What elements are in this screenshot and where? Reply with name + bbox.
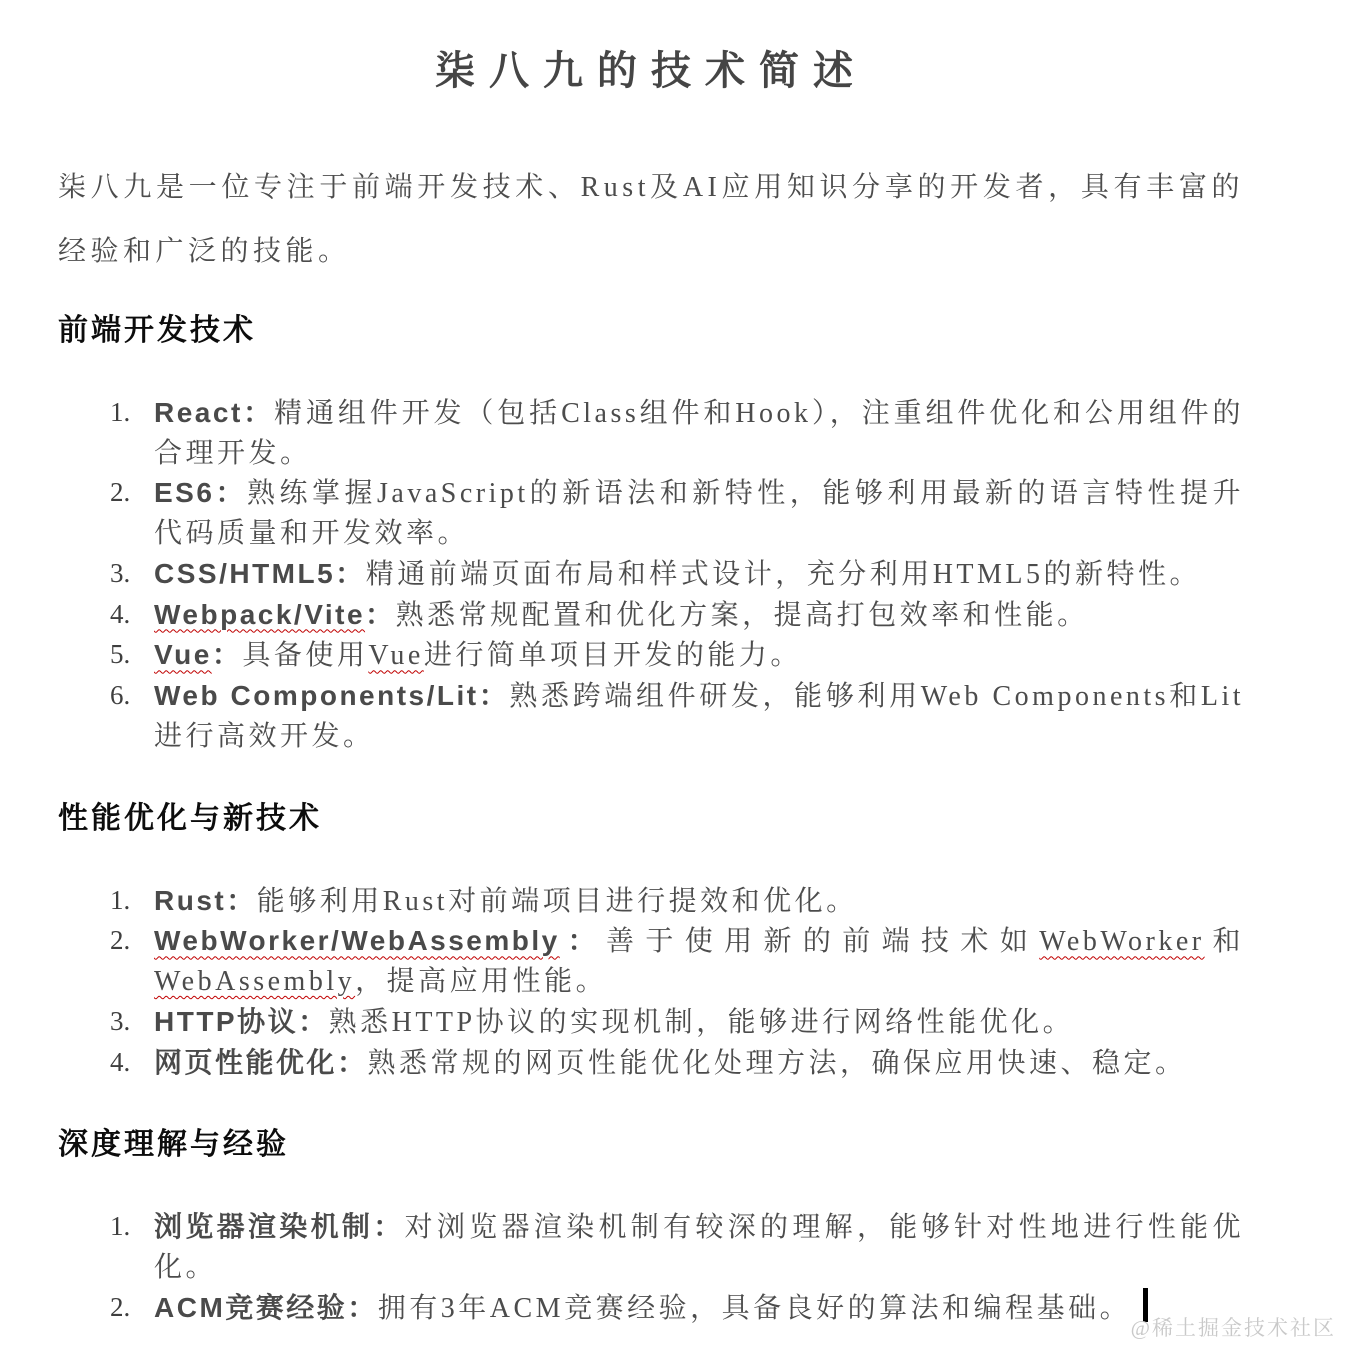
list-item-text: Webpack/Vite：熟悉常规配置和优化方案，提高打包效率和性能。 xyxy=(154,595,1244,636)
item-label: 网页性能优化： xyxy=(154,1047,368,1078)
item-label: CSS/HTML5： xyxy=(154,558,366,589)
list-item-number: 2. xyxy=(110,921,154,959)
section-heading: 性能优化与新技术 xyxy=(58,801,1244,837)
item-text: 精通组件开发（包括Class组件和Hook），注重组件优化和公用组件的合理开发。 xyxy=(154,398,1244,469)
sections-container: 前端开发技术1.React：精通组件开发（包括Class组件和Hook），注重组… xyxy=(58,313,1244,1329)
list-item-text: Rust：能够利用Rust对前端项目进行提效和优化。 xyxy=(154,881,1244,922)
list-item-text: 浏览器渲染机制：对浏览器渲染机制有较深的理解，能够针对性地进行性能优化。 xyxy=(154,1207,1244,1288)
item-text: 熟练掌握JavaScript的新语法和新特性，能够利用最新的语言特性提升代码质量… xyxy=(154,478,1244,549)
item-text: 具备使用 xyxy=(242,640,368,671)
item-text: 拥有3年ACM竞赛经验，具备良好的算法和编程基础。 xyxy=(378,1293,1131,1324)
watermark: @稀土掘金技术社区 xyxy=(1131,1312,1336,1342)
item-label: Rust： xyxy=(154,885,257,916)
list-item-text: CSS/HTML5：精通前端页面布局和样式设计，充分利用HTML5的新特性。 xyxy=(154,554,1244,595)
list-item-number: 1. xyxy=(110,881,154,919)
list-item-text: Web Components/Lit：熟悉跨端组件研发，能够利用Web Comp… xyxy=(154,676,1244,757)
item-label: ACM竞赛经验： xyxy=(154,1292,378,1323)
list-item: 2.ES6：熟练掌握JavaScript的新语法和新特性，能够利用最新的语言特性… xyxy=(58,473,1244,554)
list-item-number: 5. xyxy=(110,635,154,673)
list-item-number: 6. xyxy=(110,676,154,714)
misspelled-text: WebWorker/WebAssembly xyxy=(154,925,560,956)
list-item-number: 2. xyxy=(110,473,154,511)
section-heading: 前端开发技术 xyxy=(58,313,1244,349)
numbered-list: 1.浏览器渲染机制：对浏览器渲染机制有较深的理解，能够针对性地进行性能优化。2.… xyxy=(58,1207,1244,1328)
list-item: 2.WebWorker/WebAssembly：善于使用新的前端技术如WebWo… xyxy=(58,921,1244,1002)
item-label: ： xyxy=(212,639,243,670)
list-item-number: 1. xyxy=(110,393,154,431)
item-text: 和 xyxy=(1205,926,1244,957)
document-title: 柒八九的技术简述 xyxy=(58,42,1244,100)
item-text: 熟悉HTTP协议的实现机制，能够进行网络性能优化。 xyxy=(329,1007,1075,1038)
item-label: 浏览器渲染机制： xyxy=(154,1211,405,1242)
list-item: 6.Web Components/Lit：熟悉跨端组件研发，能够利用Web Co… xyxy=(58,676,1244,757)
list-item: 3.HTTP协议：熟悉HTTP协议的实现机制，能够进行网络性能优化。 xyxy=(58,1002,1244,1043)
list-item-number: 4. xyxy=(110,595,154,633)
list-item: 1.浏览器渲染机制：对浏览器渲染机制有较深的理解，能够针对性地进行性能优化。 xyxy=(58,1207,1244,1288)
item-text: 熟悉常规配置和优化方案，提高打包效率和性能。 xyxy=(396,600,1089,631)
list-item-number: 4. xyxy=(110,1043,154,1081)
item-text: 进行简单项目开发的能力。 xyxy=(424,640,802,671)
list-item: 1.Rust：能够利用Rust对前端项目进行提效和优化。 xyxy=(58,881,1244,922)
list-item-text: HTTP协议：熟悉HTTP协议的实现机制，能够进行网络性能优化。 xyxy=(154,1002,1244,1043)
list-item-text: Vue：具备使用Vue进行简单项目开发的能力。 xyxy=(154,635,1244,676)
item-label: ES6： xyxy=(154,477,247,508)
document-page: 柒八九的技术简述 柒八九是一位专注于前端开发技术、Rust及AI应用知识分享的开… xyxy=(0,0,1350,1350)
numbered-list: 1.React：精通组件开发（包括Class组件和Hook），注重组件优化和公用… xyxy=(58,393,1244,757)
item-text: 精通前端页面布局和样式设计，充分利用HTML5的新特性。 xyxy=(366,559,1201,590)
item-label: Web Components/Lit： xyxy=(154,680,509,711)
misspelled-text: Vue xyxy=(154,639,212,670)
misspelled-text: WebAssembly xyxy=(154,966,355,997)
section-heading: 深度理解与经验 xyxy=(58,1127,1244,1163)
list-item: 5.Vue：具备使用Vue进行简单项目开发的能力。 xyxy=(58,635,1244,676)
item-label: ： xyxy=(365,599,396,630)
numbered-list: 1.Rust：能够利用Rust对前端项目进行提效和优化。2.WebWorker/… xyxy=(58,881,1244,1084)
list-item-text: ACM竞赛经验：拥有3年ACM竞赛经验，具备良好的算法和编程基础。 xyxy=(154,1288,1244,1329)
list-item-text: ES6：熟练掌握JavaScript的新语法和新特性，能够利用最新的语言特性提升… xyxy=(154,473,1244,554)
list-item: 4.Webpack/Vite：熟悉常规配置和优化方案，提高打包效率和性能。 xyxy=(58,595,1244,636)
list-item: 1.React：精通组件开发（包括Class组件和Hook），注重组件优化和公用… xyxy=(58,393,1244,474)
list-item-number: 1. xyxy=(110,1207,154,1245)
item-text: 善于使用新的前端技术如 xyxy=(606,926,1039,957)
list-item: 3.CSS/HTML5：精通前端页面布局和样式设计，充分利用HTML5的新特性。 xyxy=(58,554,1244,595)
item-text: 能够利用Rust对前端项目进行提效和优化。 xyxy=(257,886,858,917)
item-label: HTTP协议： xyxy=(154,1006,329,1037)
misspelled-text: Vue xyxy=(368,640,423,671)
list-item-text: React：精通组件开发（包括Class组件和Hook），注重组件优化和公用组件… xyxy=(154,393,1244,474)
list-item: 4.网页性能优化：熟悉常规的网页性能优化处理方法，确保应用快速、稳定。 xyxy=(58,1043,1244,1084)
intro-paragraph: 柒八九是一位专注于前端开发技术、Rust及AI应用知识分享的开发者，具有丰富的经… xyxy=(58,156,1244,285)
list-item-text: WebWorker/WebAssembly：善于使用新的前端技术如WebWork… xyxy=(154,921,1244,1002)
list-item: 2.ACM竞赛经验：拥有3年ACM竞赛经验，具备良好的算法和编程基础。 xyxy=(58,1288,1244,1329)
misspelled-text: Webpack/Vite xyxy=(154,599,365,630)
list-item-number: 3. xyxy=(110,1002,154,1040)
item-text: 熟悉常规的网页性能优化处理方法，确保应用快速、稳定。 xyxy=(368,1048,1187,1079)
item-text: ，提高应用性能。 xyxy=(355,966,607,997)
list-item-text: 网页性能优化：熟悉常规的网页性能优化处理方法，确保应用快速、稳定。 xyxy=(154,1043,1244,1084)
list-item-number: 3. xyxy=(110,554,154,592)
item-label: React： xyxy=(154,397,274,428)
document-editable-area[interactable]: 柒八九的技术简述 柒八九是一位专注于前端开发技术、Rust及AI应用知识分享的开… xyxy=(58,42,1244,1329)
list-item-number: 2. xyxy=(110,1288,154,1326)
misspelled-text: WebWorker xyxy=(1039,926,1204,957)
item-label: ： xyxy=(560,925,606,956)
